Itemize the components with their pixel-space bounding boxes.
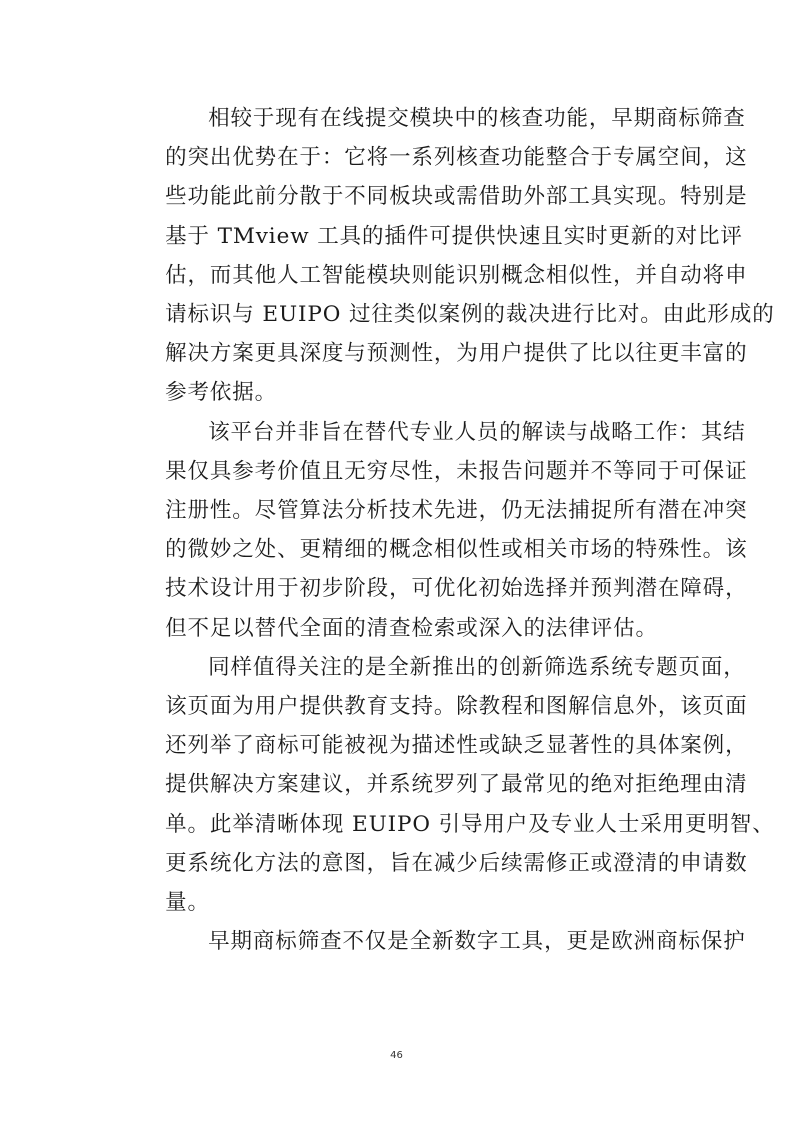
text-line: 但不足以替代全面的清查检索或深入的法律评估。 (121, 609, 674, 648)
page-number: 46 (0, 1050, 793, 1061)
text-line: 些功能此前分散于不同板块或需借助外部工具实现。特别是 (121, 177, 674, 216)
text-line: 注册性。尽管算法分析技术先进，仍无法捕捉所有潜在冲突 (121, 491, 674, 530)
text-line: 的突出优势在于：它将一系列核查功能整合于专属空间，这 (121, 138, 674, 177)
text-line: 单。此举清晰体现 EUIPO 引导用户及专业人士采用更明智、 (121, 805, 674, 844)
text-line: 果仅具参考价值且无穷尽性，未报告问题并不等同于可保证 (121, 452, 674, 491)
text-line: 量。 (121, 883, 674, 922)
text-line: 相较于现有在线提交模块中的核查功能，早期商标筛查 (121, 99, 674, 138)
text-line: 该平台并非旨在替代专业人员的解读与战略工作：其结 (121, 413, 674, 452)
text-line: 提供解决方案建议，并系统罗列了最常见的绝对拒绝理由清 (121, 765, 674, 804)
text-line: 该页面为用户提供教育支持。除教程和图解信息外，该页面 (121, 687, 674, 726)
document-body: 相较于现有在线提交模块中的核查功能，早期商标筛查 的突出优势在于：它将一系列核查… (121, 99, 674, 961)
text-line: 更系统化方法的意图，旨在减少后续需修正或澄清的申请数 (121, 844, 674, 883)
paragraph-2: 该平台并非旨在替代专业人员的解读与战略工作：其结 果仅具参考价值且无穷尽性，未报… (121, 413, 674, 648)
text-line: 技术设计用于初步阶段，可优化初始选择并预判潜在障碍， (121, 569, 674, 608)
text-line: 请标识与 EUIPO 过往类似案例的裁决进行比对。由此形成的 (121, 295, 674, 334)
text-line: 早期商标筛查不仅是全新数字工具，更是欧洲商标保护 (121, 922, 674, 961)
text-line: 基于 TMview 工具的插件可提供快速且实时更新的对比评 (121, 217, 674, 256)
paragraph-4: 早期商标筛查不仅是全新数字工具，更是欧洲商标保护 (121, 922, 674, 961)
text-line: 解决方案更具深度与预测性，为用户提供了比以往更丰富的 (121, 334, 674, 373)
paragraph-1: 相较于现有在线提交模块中的核查功能，早期商标筛查 的突出优势在于：它将一系列核查… (121, 99, 674, 413)
text-line: 参考依据。 (121, 373, 674, 412)
text-line: 的微妙之处、更精细的概念相似性或相关市场的特殊性。该 (121, 530, 674, 569)
text-line: 同样值得关注的是全新推出的创新筛选系统专题页面， (121, 648, 674, 687)
paragraph-3: 同样值得关注的是全新推出的创新筛选系统专题页面， 该页面为用户提供教育支持。除教… (121, 648, 674, 922)
text-line: 还列举了商标可能被视为描述性或缺乏显著性的具体案例， (121, 726, 674, 765)
text-line: 估，而其他人工智能模块则能识别概念相似性，并自动将申 (121, 256, 674, 295)
